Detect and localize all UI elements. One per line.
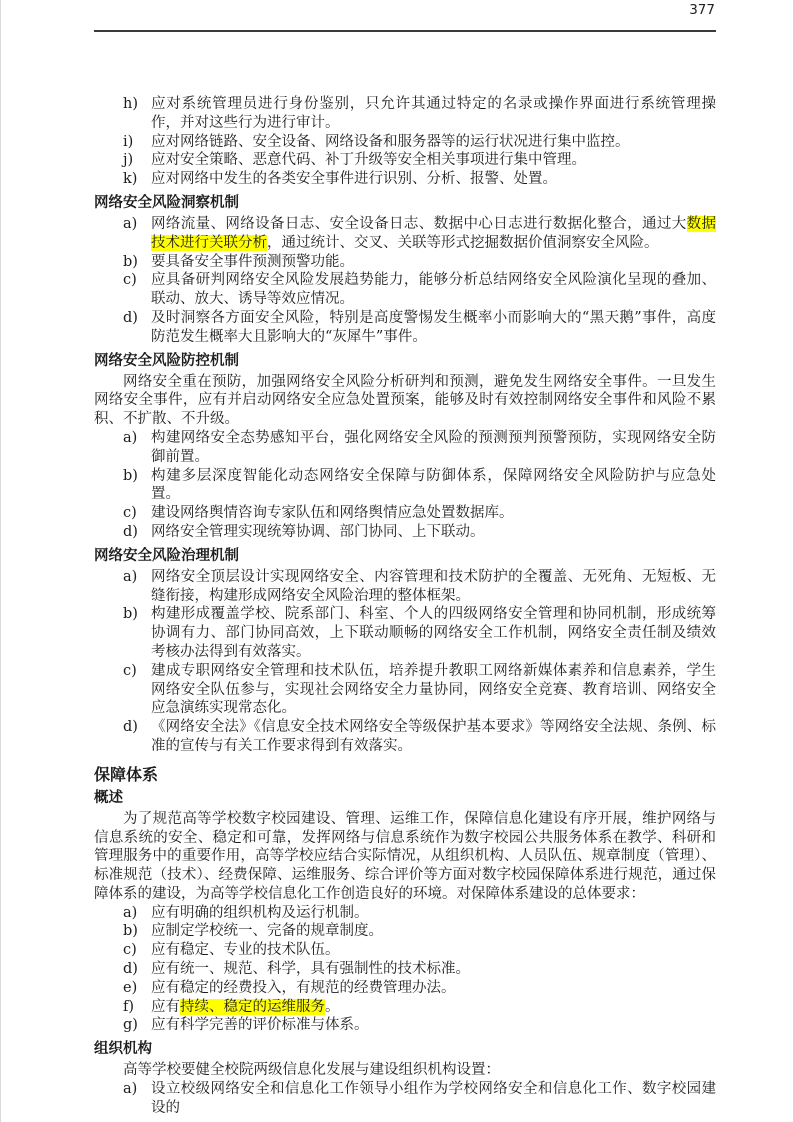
item-text: 要具备安全事件预测预警功能。	[151, 254, 354, 270]
item-text: 网络安全顶层设计实现网络安全、内容管理和技术防护的全覆盖、无死角、无短板、无缝衔…	[151, 569, 716, 604]
list-item: d) 网络安全管理实现统筹协调、部门协同、上下联动。	[94, 523, 716, 542]
list-item: c) 应有稳定、专业的技术队伍。	[94, 941, 716, 960]
item-marker: k)	[123, 170, 149, 189]
item-text: 应对安全策略、恶意代码、补丁升级等安全相关事项进行集中管理。	[151, 152, 586, 168]
item-marker: c)	[123, 271, 149, 290]
item-text: 网络流量、网络设备日志、安全设备日志、数据中心日志进行数据化整合，通过大数据技术…	[151, 216, 716, 251]
item-marker: j)	[123, 151, 149, 170]
list-item: d) 《网络安全法》《信息安全技术网络安全等级保护基本要求》等网络安全法规、条例…	[94, 718, 716, 756]
item-text: 建成专职网络安全管理和技术队伍，培养提升教职工网络新媒体素养和信息素养，学生网络…	[151, 663, 716, 717]
list-item: c) 应具备研判网络安全风险发展趋势能力，能够分析总结网络安全风险演化呈现的叠加…	[94, 271, 716, 309]
list-item: a) 应有明确的组织机构及运行机制。	[94, 904, 716, 923]
item-marker: g)	[123, 1016, 149, 1035]
item-marker: d)	[123, 718, 149, 737]
item-text: 《网络安全法》《信息安全技术网络安全等级保护基本要求》等网络安全法规、条例、标准…	[151, 719, 716, 754]
item-text: 应对网络中发生的各类安全事件进行识别、分析、报警、处置。	[151, 171, 557, 187]
document-page: 377 h) 应对系统管理员进行身份鉴别，只允许其通过特定的名录或操作界面进行系…	[0, 0, 793, 1122]
item-marker: b)	[123, 922, 149, 941]
item-marker: d)	[123, 960, 149, 979]
item-text: 应有稳定的经费投入，有规范的经费管理办法。	[151, 980, 456, 996]
item-text: 设立校级网络安全和信息化工作领导小组作为学校网络安全和信息化工作、数字校园建设的	[151, 1081, 716, 1116]
item-text: 应制定学校统一、完备的规章制度。	[151, 923, 383, 939]
item-marker: b)	[123, 605, 149, 624]
subsection-heading-organization: 组织机构	[94, 1040, 716, 1059]
list-item: a) 设立校级网络安全和信息化工作领导小组作为学校网络安全和信息化工作、数字校园…	[94, 1080, 716, 1118]
item-text: 及时洞察各方面安全风险，特别是高度警惕发生概率小而影响大的“黑天鹅”事件，高度防…	[151, 310, 716, 345]
chapter-title-support-system: 保障体系	[94, 765, 716, 784]
section-heading-risk-prevention: 网络安全风险防控机制	[94, 352, 716, 371]
item-marker: b)	[123, 253, 149, 272]
list-item: e) 应有稳定的经费投入，有规范的经费管理办法。	[94, 979, 716, 998]
section-paragraph: 网络安全重在预防，加强网络安全风险分析研判和预测，避免发生网络安全事件。一旦发生…	[94, 373, 716, 429]
item-marker: h)	[123, 95, 149, 114]
item-text: 应有稳定、专业的技术队伍。	[151, 942, 340, 958]
list-item: c) 建设网络舆情咨询专家队伍和网络舆情应急处置数据库。	[94, 504, 716, 523]
item-text-before: 网络流量、网络设备日志、安全设备日志、数据中心日志进行数据化整合，通过大	[151, 216, 687, 232]
list-item: j) 应对安全策略、恶意代码、补丁升级等安全相关事项进行集中管理。	[94, 151, 716, 170]
list-item: a) 构建网络安全态势感知平台，强化网络安全风险的预测预判预警预防，实现网络安全…	[94, 429, 716, 467]
item-text: 构建形成覆盖学校、院系部门、科室、个人的四级网络安全管理和协同机制，形成统筹协调…	[151, 606, 716, 660]
item-text: 构建多层深度智能化动态网络安全保障与防御体系，保障网络安全风险防护与应急处置。	[151, 468, 716, 503]
item-text: 应有统一、规范、科学，具有强制性的技术标准。	[151, 961, 470, 977]
item-text-after: ，通过统计、交叉、关联等形式挖掘数据价值洞察安全风险。	[267, 235, 659, 251]
list-item: k) 应对网络中发生的各类安全事件进行识别、分析、报警、处置。	[94, 170, 716, 189]
item-marker: e)	[123, 979, 149, 998]
item-marker: d)	[123, 309, 149, 328]
item-marker: a)	[123, 429, 149, 448]
page-number: 377	[689, 2, 715, 18]
list-item: a) 网络流量、网络设备日志、安全设备日志、数据中心日志进行数据化整合，通过大数…	[94, 215, 716, 253]
item-text: 应具备研判网络安全风险发展趋势能力，能够分析总结网络安全风险演化呈现的叠加、联动…	[151, 272, 716, 307]
item-marker: f)	[123, 998, 149, 1017]
organization-list: a) 设立校级网络安全和信息化工作领导小组作为学校网络安全和信息化工作、数字校园…	[94, 1080, 716, 1118]
list-item: b) 构建多层深度智能化动态网络安全保障与防御体系，保障网络安全风险防护与应急处…	[94, 467, 716, 505]
item-text: 应有科学完善的评价标准与体系。	[151, 1017, 369, 1033]
item-marker: a)	[123, 904, 149, 923]
section-list: a) 网络流量、网络设备日志、安全设备日志、数据中心日志进行数据化整合，通过大数…	[94, 215, 716, 347]
item-marker: d)	[123, 523, 149, 542]
list-continuation: h) 应对系统管理员进行身份鉴别，只允许其通过特定的名录或操作界面进行系统管理操…	[94, 95, 716, 189]
overview-list: a) 应有明确的组织机构及运行机制。 b) 应制定学校统一、完备的规章制度。 c…	[94, 904, 716, 1036]
item-text: 应有明确的组织机构及运行机制。	[151, 905, 369, 921]
section-heading-risk-governance: 网络安全风险治理机制	[94, 547, 716, 566]
item-marker: c)	[123, 941, 149, 960]
list-item: d) 及时洞察各方面安全风险，特别是高度警惕发生概率小而影响大的“黑天鹅”事件，…	[94, 309, 716, 347]
item-marker: i)	[123, 133, 149, 152]
item-text: 网络安全管理实现统筹协调、部门协同、上下联动。	[151, 524, 485, 540]
item-text: 应对系统管理员进行身份鉴别，只允许其通过特定的名录或操作界面进行系统管理操作，并…	[151, 96, 716, 131]
item-marker: c)	[123, 662, 149, 681]
list-item: h) 应对系统管理员进行身份鉴别，只允许其通过特定的名录或操作界面进行系统管理操…	[94, 95, 716, 133]
item-marker: a)	[123, 1080, 149, 1099]
list-item: g) 应有科学完善的评价标准与体系。	[94, 1016, 716, 1035]
list-item: b) 构建形成覆盖学校、院系部门、科室、个人的四级网络安全管理和协同机制，形成统…	[94, 605, 716, 661]
item-text: 应对网络链路、安全设备、网络设备和服务器等的运行状况进行集中监控。	[151, 134, 630, 150]
organization-paragraph: 高等学校要健全校院两级信息化发展与建设组织机构设置：	[94, 1061, 716, 1080]
highlighted-text: 持续、稳定的运维服务	[180, 999, 325, 1015]
section-heading-risk-insight: 网络安全风险洞察机制	[94, 194, 716, 213]
item-marker: a)	[123, 215, 149, 234]
subsection-heading-overview: 概述	[94, 789, 716, 808]
list-item: i) 应对网络链路、安全设备、网络设备和服务器等的运行状况进行集中监控。	[94, 133, 716, 152]
list-item: f) 应有持续、稳定的运维服务。	[94, 998, 716, 1017]
list-item: b) 应制定学校统一、完备的规章制度。	[94, 922, 716, 941]
item-text-after: 。	[325, 999, 340, 1015]
item-marker: c)	[123, 504, 149, 523]
section-list: a) 构建网络安全态势感知平台，强化网络安全风险的预测预判预警预防，实现网络安全…	[94, 429, 716, 542]
list-item: b) 要具备安全事件预测预警功能。	[94, 253, 716, 272]
item-text: 构建网络安全态势感知平台，强化网络安全风险的预测预判预警预防，实现网络安全防御前…	[151, 430, 716, 465]
list-item: d) 应有统一、规范、科学，具有强制性的技术标准。	[94, 960, 716, 979]
header-rule	[94, 30, 716, 32]
item-text-before: 应有	[151, 999, 180, 1015]
item-marker: b)	[123, 467, 149, 486]
list-item: a) 网络安全顶层设计实现网络安全、内容管理和技术防护的全覆盖、无死角、无短板、…	[94, 568, 716, 606]
item-marker: a)	[123, 568, 149, 587]
item-text: 应有持续、稳定的运维服务。	[151, 999, 340, 1015]
item-text: 建设网络舆情咨询专家队伍和网络舆情应急处置数据库。	[151, 505, 514, 521]
section-list: a) 网络安全顶层设计实现网络安全、内容管理和技术防护的全覆盖、无死角、无短板、…	[94, 568, 716, 756]
list-item: c) 建成专职网络安全管理和技术队伍，培养提升教职工网络新媒体素养和信息素养，学…	[94, 662, 716, 718]
page-content: h) 应对系统管理员进行身份鉴别，只允许其通过特定的名录或操作界面进行系统管理操…	[94, 95, 716, 1118]
overview-paragraph: 为了规范高等学校数字校园建设、管理、运维工作，保障信息化建设有序开展，维护网络与…	[94, 810, 716, 904]
